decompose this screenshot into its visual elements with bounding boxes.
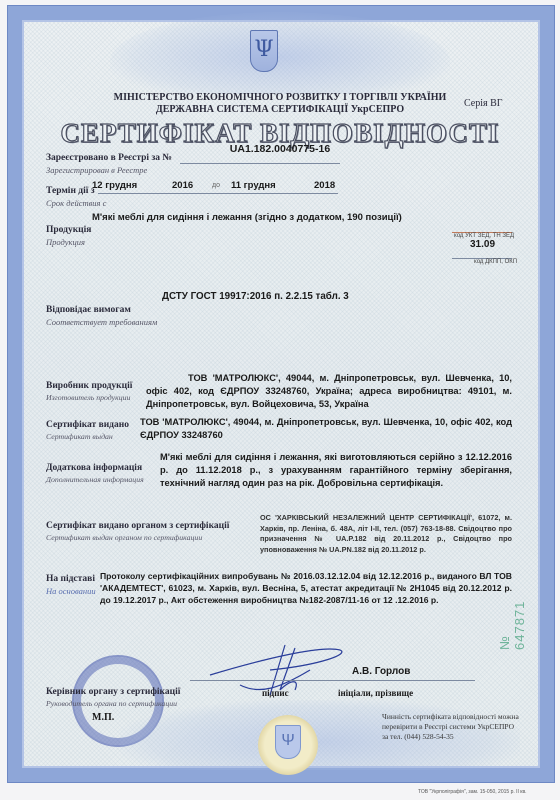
validity-from-date: 12 грудня (92, 180, 137, 191)
stamp-label: М.П. (92, 712, 114, 723)
additional-info-value: М'які меблі для сидіння і лежання, які в… (160, 451, 512, 490)
product-value: М'які меблі для сидіння і лежання (згідн… (92, 212, 402, 223)
issued-to-label: Сертифікат видано (46, 420, 129, 430)
issuing-body-label: Сертифікат видано органом з сертифікації (46, 521, 229, 531)
additional-info-label-ru: Дополнительная информация (46, 475, 144, 484)
signatory-name: А.В. Горлов (352, 666, 410, 677)
trident-icon: Ψ (275, 725, 301, 759)
basis-label-ru: На основании (46, 586, 96, 596)
validity-label-ru: Срок действия с (46, 198, 106, 208)
validity-to-word: до (212, 182, 220, 189)
product-label-ru: Продукция (46, 237, 85, 247)
manufacturer-label: Виробник продукції (46, 381, 132, 391)
head-label: Керівник органу з сертифікації (46, 687, 180, 697)
issued-to-value: ТОВ 'МАТРОЛЮКС', 49044, м. Дніпропетровс… (140, 416, 512, 442)
basis-value: Протоколу сертифікаційних випробувань № … (100, 570, 512, 606)
trident-icon: Ψ (250, 30, 278, 72)
registered-label: Зареєстровано в Реєстрі за № (46, 153, 172, 163)
issuing-body-label-ru: Сертификат выдан органом по сертификации (46, 533, 202, 542)
issuing-body-value: ОС 'ХАРКІВСЬКИЙ НЕЗАЛЕЖНИЙ ЦЕНТР СЕРТИФІ… (260, 513, 512, 555)
basis-label: На підставі (46, 574, 95, 584)
manufacturer-label-ru: Изготовитель продукции (46, 393, 130, 402)
serial-number: № 647871 (497, 587, 527, 650)
code-ukt-value: 31.09 (470, 239, 495, 250)
validity-to-year: 2018 (314, 180, 335, 191)
code-dkpp-label: код ДКПП, ОКП (474, 259, 517, 265)
signature-caption: підпис (262, 688, 289, 698)
additional-info-label: Додаткова інформація (46, 463, 142, 473)
registered-label-ru: Зарегистрирован в Реестре (46, 165, 147, 175)
requirements-value: ДСТУ ГОСТ 19917:2016 п. 2.2.15 табл. 3 (162, 291, 349, 302)
manufacturer-value: ТОВ 'МАТРОЛЮКС', 49044, м. Дніпропетровс… (146, 372, 512, 411)
requirements-label-ru: Соответствует требованиям (46, 317, 157, 327)
validity-from-year: 2016 (172, 180, 193, 191)
requirements-label: Відповідає вимогам (46, 305, 131, 315)
issued-to-label-ru: Сертификат выдан (46, 432, 113, 441)
product-label: Продукція (46, 225, 91, 235)
validity-to-date: 11 грудня (231, 180, 276, 191)
validity-label: Термін дії з (46, 186, 95, 196)
series-label: Серія ВГ (464, 98, 503, 109)
name-caption: ініціали, прізвище (338, 688, 413, 698)
verification-note: Чинність сертифіката відповідності можна… (382, 712, 522, 742)
printer-imprint: ТОВ "Укрполіграфія", зам. 15-050, 2015 р… (418, 789, 527, 795)
